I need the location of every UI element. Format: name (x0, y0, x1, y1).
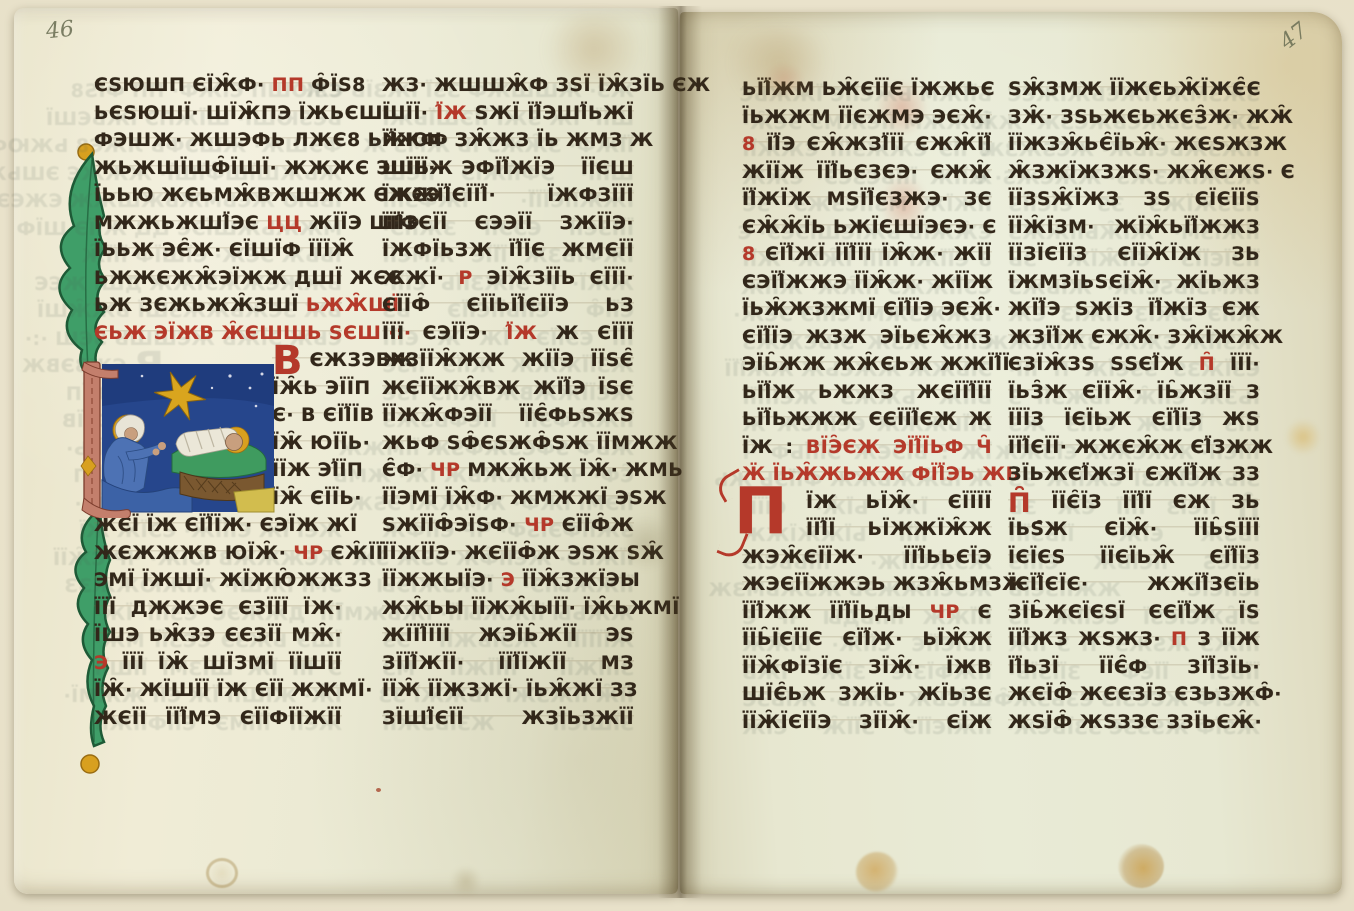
text-line: ЗЇЬ̑ЖЄЇЄЅЇ ЄЄЇЇ̑Ж ЇЅ (1008, 599, 1260, 627)
text-column-left-2: ЖЗ· ЖШШЖ̑Ф ЗЅЇ ЇЖ̑ЗЇЬ ЄЖШЇЇ· Ї̑Ж ЅЖЇ ЇЇ̑… (382, 72, 634, 732)
text-line: ЇЄЇЇ̑ЄЇЄ· ЖЖЇЇ̑ЗЄЇЬ (1008, 571, 1260, 599)
text-line: ЇЬЗ̑Ж ЄЇЇЖ̑· ЇЬ̑ЖЗЇЇ З (1008, 379, 1260, 407)
text-line: ЖЬФ ЅФ̑ЄЅЖФ̑ЅЖ ЇЇМЖЖ (382, 430, 634, 458)
right-page: 47 П ЬЇЇ̑ЖМ ЬЖ̑ЄЇЇЄ ЇЖЖЬЄЇЬЖЖМ ЇЇЄЖМЭ ЭЄ… (680, 12, 1342, 894)
text-line: ЇЬЬЖ ЭЄ̑Ж· ЄЇШЇФ ЇЇЇЖ̑ (94, 237, 342, 265)
text-line: ЖЅЇФ̑ ЖЅЗЗЄ ЗЗЇЬЄЖ̑· (1008, 709, 1260, 737)
text-line: ЇЇЇ̑ЖЗ ЖЅЖЗ· П З ЇЇЖ (1008, 626, 1260, 654)
text-line: ЗЇЇЇ̑ЖЇЇ· ЇЇЇ̑ЇЖЇЇ МЗ (382, 650, 634, 678)
text-line: ЅЖЇЇФ̑ЭЇЅФ· ЧР ЄЇЇФ̑Ж (382, 512, 634, 540)
gold-ball-finial-bottom (81, 755, 99, 773)
text-line: ЖЖ̑ЬЫ ЇЇЖЖ̑ЫЇЇ· ЇЖ̑ЬЖМЇ (382, 595, 634, 623)
text-line: Є̑Ф· ЧР МЖЖ̑ЬЖ ЇЖ̑· ЖМЬ (382, 457, 634, 485)
text-line: ЇЬЬЮ ЖЄЬМЖ̑ВЖШЖЖ ЄЖЄЭ (94, 182, 342, 210)
text-line: ЬЇЇ̑ЬЖЖЖ ЄЄЇЇЇ̑ЄЖ Ж (742, 406, 992, 434)
text-line: ЖЄЇЇЖЖ̑ВЖ ЖЇЇ̑Э ЇЅЄ (382, 375, 634, 403)
text-column-right-2: ЅЖ̑ЗМЖ ЇЇЖЄЬЖ̑ЇЖЄ̑ЄЗЖ̑· ЗЅЬЖЄЬЖЄЗ̑Ж· ЖЖ̑… (1008, 76, 1260, 736)
text-line: ЇЖМЗЇЬЅЄЇЖ̑· ЖЇЬЖЗ (1008, 269, 1260, 297)
wax-stain (1118, 844, 1164, 888)
nativity-miniature (80, 360, 276, 518)
text-line: ЬЖЖЄЖЖ̑ЭЇЖЖ ДШЇ ЖЄЄ (94, 265, 342, 293)
text-line: ЇЇЇ̑ЖЖ ЇЇЇ̑ЇЬДЫ ЧР Є (742, 599, 992, 627)
text-line: Ж̑ЗЖЇЖЗЖЅ· ЖЖ̑ЄЖЅ· Є (1008, 159, 1260, 187)
column-text: ЬЇЇ̑ЖМ ЬЖ̑ЄЇЇЄ ЇЖЖЬЄЇЬЖЖМ ЇЇЄЖМЭ ЭЄЖ̑·8 … (742, 76, 992, 736)
text-line: ЇЖ̑ ЄЇЇЬ· (272, 485, 342, 513)
left-page: 46 (14, 8, 678, 894)
text-line: П̑ ЇЇЄ̑ЇЗ ЇЇЇ̑Ї ЄЖ ЗЬ (1008, 489, 1260, 517)
text-line: ЇЇЖ̑ЇЄЇЇЭ ЗЇЇЖ̑· ЄЇЖ (742, 709, 992, 737)
text-line: ЇЇЖ ЭЇ̑ЇП (272, 457, 342, 485)
text-line: ШЇЇ· Ї̑Ж ЅЖЇ ЇЇ̑ЭШЇ̑ЬЖЇ (382, 100, 634, 128)
text-line: ЅЖ̑ЗМЖ ЇЇЖЄЬЖ̑ЇЖЄ̑Є (1008, 76, 1260, 104)
text-line: ЖЇЇЖ ЇЇЇ̑ЬЄЗЄЭ· ЄЖЖ̑ (742, 159, 992, 187)
text-line: ЇЖ̑Ь ЭЇЇП (272, 375, 342, 403)
text-line: ЇЇЇ ДЖЖЭЄ ЄЗЇЇЇ ЇЖ· (94, 595, 342, 623)
text-line: ЇЇЖЗЖ̑ЬЄ̑ЇЬЖ̑· ЖЄЅЖЗЖ (1008, 131, 1260, 159)
text-line: ЄЬЖ ЭЇЖВ Ж̑ЄШШЬ ЅЄШ ·:· (94, 320, 342, 348)
text-line: ЇЖ : ВЇЭ̑ЄЖ ЭЇЇ̑ЇЬФ Ч̑ (742, 434, 992, 462)
text-line: ЇЬЖ̑ЖЗЖМЇ ЄЇЇ̑ЇЭ ЭЄЖ̑· (742, 296, 992, 324)
text-line: ЗЖ̑· ЗЅЬЖЄЬЖЄЗ̑Ж· ЖЖ̑ (1008, 104, 1260, 132)
text-line: ЄЗЇЖ̑ЗЅ ЅЅЄЇ̑Ж П̑ ЇЇЇ· (1008, 351, 1260, 379)
child-face (226, 434, 243, 451)
column-text: ЖЗ· ЖШШЖ̑Ф ЗЅЇ ЇЖ̑ЗЇЬ ЄЖШЇЇ· Ї̑Ж ЅЖЇ ЇЇ̑… (382, 72, 634, 732)
text-line: ЇЇЬ̑ЇЄЇЇЄ ЄЇЇ̑Ж· ЬЇЖ̑Ж (742, 626, 992, 654)
text-line: 8 ЄЇЇ̑ЖЇ ЇЇЇ̑ЇЇ ЇЖ̑Ж· ЖЇЇ (742, 241, 992, 269)
ornamental-red-initial: П (734, 480, 788, 544)
text-line: ЇЇЖ̑ФЇЗЇЄ ЗЇЖ̑· ЇЖВ (742, 654, 992, 682)
text-line: ЇЇЖ̑ЇЗМ· ЖЇЖ̑ЬЇЇ̑ЖЖЗ (1008, 214, 1260, 242)
text-line: ЇЇЗЅЖ̑ЇЖЗ ЗЅ ЄЇЄЇЇЅ (1008, 186, 1260, 214)
text-line: ЇЇЇ̑ЄЇЇ· ЖЖЄЖ̑Ж ЄЇ̑ЗЖЖ (1008, 434, 1260, 462)
text-line: ЇЄЇЄЅ ЇЇЄЇЬЖ̑ ЄЇЇ̑ЇЗ (1008, 544, 1260, 572)
text-line: ЖЄЇЇ ЇЇЇ̑МЭ ЄЇЇФЇЇЖЇЇ (94, 705, 342, 733)
column-text: ЅЖ̑ЗМЖ ЇЇЖЄЬЖ̑ЇЖЄ̑ЄЗЖ̑· ЗЅЬЖЄЬЖЄЗ̑Ж· ЖЖ̑… (1008, 76, 1260, 736)
folio-number-46: 46 (45, 17, 75, 45)
text-line: ЬЄЅЮШЇ· ШЇЖ̑ПЭ ЇЖЬЄШЇ (94, 100, 342, 128)
text-line: ЖЄЖЖЖВ ЮЇЖ̑· ЧР ЄЖ̑ЇЇ (94, 540, 342, 568)
text-line: ШЇЇЇ· ЭФЇЇ̑ЖЇЭ ЇЇЄШ (382, 155, 634, 183)
text-line: ЖЗЇЇЖ̑ЖЖ ЖЇЇЭ ЇЇЅЄ̑ (382, 347, 634, 375)
stain (206, 858, 238, 888)
text-line: ЇЇ̑ЬЗЇ ЇЇЄ̑Ф ЗЇЇ̑ЗЇЬ· (1008, 654, 1260, 682)
text-line: ЇЖЖЇЇ̑ЄЇЇЇ̑· ЇЖФЗЇЇЇ (382, 182, 634, 210)
text-line: ЗЇЬЖЄЇ̑ЖЗЇ ЄЖЇЇ̑Ж ЗЗ (1008, 461, 1260, 489)
stain (1286, 418, 1320, 456)
text-line: ЇЇЇ̑Ї ЬЇЖЖЇЖ̑Ж (806, 516, 992, 544)
mary-hand (158, 442, 166, 450)
text-line: ЇЇЇЗ ЇЄЇЬЖ ЄЇЇ̑ЇЗ ЖЅ (1008, 406, 1260, 434)
text-line: ЇЬЅ̑Ж ЄЇЖ̑· ЇЇЬ̑ЅЇЇЇ (1008, 516, 1260, 544)
text-line: ЭМЇ ЇЖШЇ· ЖЇЖЮ̑ЖЖЗЗ (94, 567, 342, 595)
text-line: ЄЇЇ̑ЇЭ ЖЗЖ ЭЇЬЄЖ̑ЖЗ (742, 324, 992, 352)
text-line: ЇЖ ЬЇЖ̑· ЄЇЇЇЇ (806, 489, 992, 517)
text-line: ЄЇЇФ̑ ЄЇЇЬЇЇ̑ЄЇЇЭ ЬЗ (382, 292, 634, 320)
text-line: ЇЇЭМЇ ЇЖ̑Ф· ЖМЖЖЇ ЭЅЖ (382, 485, 634, 513)
text-line: ЖЇЇЇ̑ЇЇЇ ЖЭЇЬ̑ЖЇЇ ЭЅ (382, 622, 634, 650)
text-line: ЖЄЇФ̑ ЖЄЄЗЇЗ ЄЗЬЗЖФ̑· (1008, 681, 1260, 709)
text-line: Є· В ЄЇЇ̑ЇВ (272, 402, 342, 430)
text-line: ЇЇЇ̑ЗЄЇЇ ЄЭЭЇЇ ЗЖЇЇЭ· (382, 210, 634, 238)
text-line: ФЭШЖ· ЖШЭФЬ ЛЖЄ8 ЬЖЮФ (94, 127, 342, 155)
mary-hand (153, 449, 160, 456)
text-line: Э ЇЇЇ ЇЖ̑ ШЇЗМЇ ЇЇШЇЇ (94, 650, 342, 678)
text-line: ЄЭЇЇ̑ЖЖЭ ЇЇЖ̑Ж· ЖЇЇЖ (742, 269, 992, 297)
text-line: ЇЖ̑ ЮЇЇЬ· (272, 430, 342, 458)
text-line: ЇЇ̑ЖФ· ЗЖ̑ЖЗ ЇЬ ЖМЗ Ж (382, 127, 634, 155)
text-line: ЇШЭ ЬЖ̑ЗЭ ЄЄЗЇЇ МЖ̑· (94, 622, 342, 650)
folio-number-47: 47 (1275, 18, 1312, 55)
text-line: ЇЇЇ ЄЭЇЇЭ· Ї̑Ж Ж ЄЇЇЇ (382, 320, 634, 348)
wax-stain (856, 852, 898, 892)
straw-patch (234, 488, 274, 512)
text-line: ЄЖ̑Ж̑ЇЬ ЬЖЇЄШЇЭЄЭ· Є (742, 214, 992, 242)
text-line: ЖЗ· ЖШШЖ̑Ф ЗЅЇ ЇЖ̑ЗЇЬ ЄЖ (382, 72, 634, 100)
stain (450, 866, 482, 896)
manuscript-photo: 46 (0, 0, 1354, 911)
text-line: 8 ЇЇ̑Э ЄЖ̑ЖЗЇ̑ЇЇ ЄЖЖ̑ЇЇ̑ (742, 131, 992, 159)
text-column-right-1: ЬЇЇ̑ЖМ ЬЖ̑ЄЇЇЄ ЇЖЖЬЄЇЬЖЖМ ЇЇЄЖМЭ ЭЄЖ̑·8 … (742, 76, 992, 736)
text-line: ЗЇШЇ̑ЄЇЇ ЖЗЇЬЗЖЇЇ (382, 705, 634, 733)
text-line: ЇЇЖ̑ ЇЇЖЗЖЇ· ЇЬЖ̑ЖЇ ЗЗ (382, 677, 634, 705)
text-line: ЖЗЇЇ̑Ж ЄЖЖ̑· ЗЖ̑ЇЖЖ̑Ж (1008, 324, 1260, 352)
text-line: ЇЇЖЖ̑ФЭЇЇ ЇЇЄ̑ФЬЅЖЅ (382, 402, 634, 430)
text-line: ЇЇЖЇЇЭ· ЖЄЇЇФ̑Ж ЭЅЖ ЅЖ̑ (382, 540, 634, 568)
text-line: ЬЇЇ̑ЖМ ЬЖ̑ЄЇЇЄ ЇЖЖЬЄ (742, 76, 992, 104)
text-line: ЇЬЖЖМ ЇЇЄЖМЭ ЭЄЖ̑· (742, 104, 992, 132)
text-line: ЇЇ̑ЖЇЖ МЅЇЇ̑ЄЗЖЭ· ЗЄ (742, 186, 992, 214)
text-line: ЖЭЄЇЇЖЖЭЬ ЖЗЖ̑ЬМЗЖ (742, 571, 992, 599)
text-line: ЇЖФЇЬЗЖ ЇЇ̑ЇЄ ЖМЄЇЇ (382, 237, 634, 265)
text-line: МЖЖЬЖШЇ̑ЭЄ ЦЦ ЖЇЇЭ ШЇФ (94, 210, 342, 238)
text-line: ЬЇЇ̑Ж ЬЖЖЗ ЖЄЇЇЇ̑ЇЇ (742, 379, 992, 407)
text-line: ЬЖ ЗЄЖЬЖЖ̑ЗШЇ ЬЖЖ̑ШЇ (94, 292, 342, 320)
text-line: ЇЖ̑· ЖЇШЇЇ ЇЖ ЄЇЇ ЖЖМЇ· (94, 677, 342, 705)
text-line: ЖЖЇ· Р ЭЇЖ̑ЗЇЇЬ ЄЇЇЇ· (382, 265, 634, 293)
text-line: ЖЬЖШЇШФ̑ЇШЇ· ЖЖЖЄ ЭШЬЖ (94, 155, 342, 183)
text-line: ЇЇЗЇЄЇЇЗ ЄЇЇЖ̑ЇЖ ЗЬ (1008, 241, 1260, 269)
text-line: В ЄЖЗЭВЖ (272, 347, 342, 375)
ink-speck (376, 788, 381, 792)
text-line: ЭЇЬ̑ЖЖ ЖЖ̑ЄЬЖ ЖЖЇЇ̑Ї (742, 351, 992, 379)
text-line: ШЇЄ̑ЬЖ ЗЖЇЬ· ЖЇЬЗЄ (742, 681, 992, 709)
text-line: ЖЇЇ̑Э ЅЖЇЗ ЇЇ̑ЖЇЗ ЄЖ (1008, 296, 1260, 324)
text-line: ЇЇЖЖЫЇЭ· Э ЇЇЖ̑ЗЖЇЭЫ (382, 567, 634, 595)
